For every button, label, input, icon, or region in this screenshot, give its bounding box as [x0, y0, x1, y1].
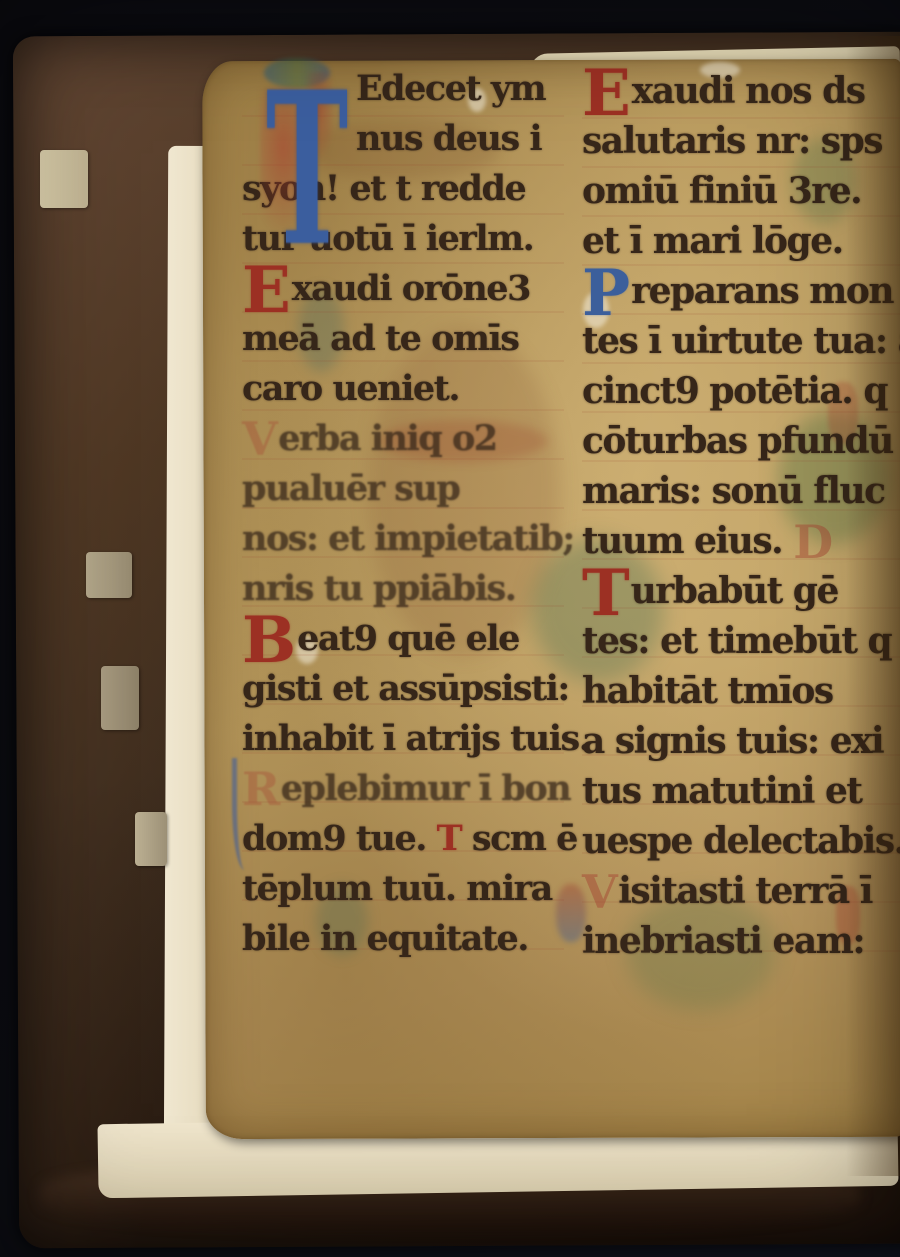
bookmark-tab	[135, 812, 167, 866]
manuscript-text-line: Replebimur ī bon	[242, 768, 564, 818]
line-text: isitasti terrā ī	[618, 870, 872, 912]
manuscript-text-line: meā ad te omīs	[242, 318, 564, 368]
manuscript-text-line: Verba iniq o2	[242, 418, 564, 468]
manuscript-text-line: inhabit ī atrijs tuis.	[242, 718, 564, 768]
line-text: tes: et timebūt q	[582, 620, 891, 662]
line-text: salutaris nr: sps	[582, 120, 882, 162]
manuscript-text-line: caro ueniet.	[242, 368, 564, 418]
manuscript-text-line: Beat9 quē ele	[242, 618, 564, 668]
line-text: caro ueniet.	[242, 368, 459, 409]
manuscript-text-line: tēplum tuū. mira	[242, 868, 564, 918]
line-text: dom9 tue.	[242, 818, 437, 859]
line-text: Edecet ym	[356, 68, 545, 109]
line-text: inhabit ī atrijs tuis.	[242, 718, 589, 759]
drop-cap-letter: T	[266, 66, 348, 276]
line-text: cinct9 potētia. q	[582, 370, 887, 412]
line-text: tēplum tuū. mira	[242, 868, 552, 909]
line-text: urbabūt gē	[631, 570, 838, 612]
rubricated-initial: T	[437, 818, 462, 859]
manuscript-text-line: pualuēr sup	[242, 468, 564, 518]
manuscript-text-line: nos: et impietatib;	[242, 518, 564, 568]
line-text: a signis tuis: exi	[582, 720, 883, 762]
rubricated-initial: R	[242, 762, 279, 816]
line-text: meā ad te omīs	[242, 318, 519, 359]
line-text: tus matutini et	[582, 770, 862, 812]
line-text: eat9 quē ele	[297, 618, 519, 659]
line-text: scm ē	[461, 818, 577, 859]
line-text: xaudi nos ds	[632, 70, 865, 112]
bookmark-tab	[101, 666, 139, 730]
manuscript-text-line: bile in equitate.	[242, 918, 564, 968]
rubricated-initial: B	[242, 603, 294, 678]
binding-gutter-shadow	[846, 36, 900, 1176]
manuscript-photo: Edecet ymnus deus isyon! et t reddetur u…	[0, 0, 900, 1257]
rubricated-initial: V	[242, 412, 276, 466]
manuscript-text-line: gisti et assūpsisti:	[242, 668, 564, 718]
line-text: maris: sonū fluc	[582, 470, 885, 512]
manuscript-text-line: dom9 tue. T scm ē	[242, 818, 564, 868]
line-text: nus deus i	[356, 118, 541, 159]
decorated-drop-cap: T	[256, 62, 342, 292]
line-text: gisti et assūpsisti:	[242, 668, 569, 709]
line-text: eplebimur ī bon	[281, 768, 570, 809]
line-text: erba iniq o2	[278, 418, 496, 459]
line-text: habitāt tmīos	[582, 670, 833, 712]
rubricated-initial: D	[793, 515, 831, 569]
line-text: inebriasti eam:	[582, 920, 864, 962]
line-text: bile in equitate.	[242, 918, 528, 959]
line-text: omiū finiū 3re.	[582, 170, 861, 212]
bookmark-tab	[40, 150, 88, 208]
bookmark-tab	[86, 552, 132, 598]
line-text: nos: et impietatib;	[242, 518, 574, 559]
line-text: pualuēr sup	[242, 468, 459, 509]
rubricated-initial: V	[582, 865, 616, 919]
